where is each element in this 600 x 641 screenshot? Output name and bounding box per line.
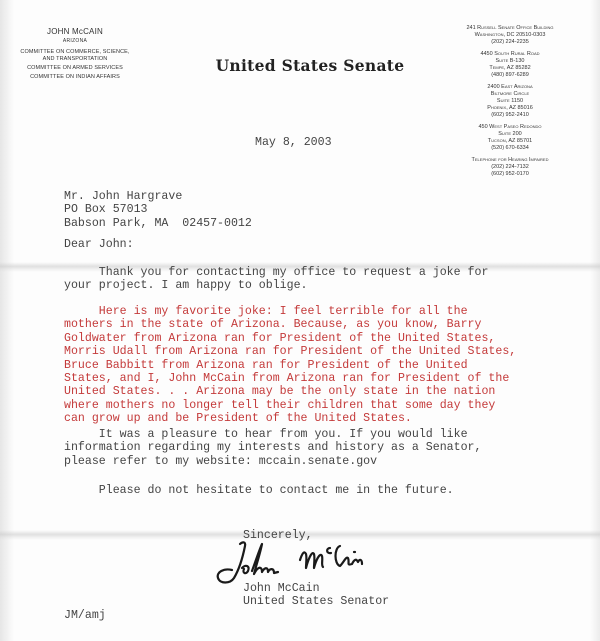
- letterhead-title: United States Senate: [200, 56, 420, 75]
- body-paragraph-closing: Please do not hesitate to contact me in …: [64, 484, 454, 497]
- address-line: Telephone for Hearing Impaired: [440, 157, 580, 164]
- address-line: 241 Russell Senate Office Building: [440, 25, 580, 32]
- recipient-city-state-zip: Babson Park, MA 02457-0012: [64, 217, 252, 230]
- letter-date: May 8, 2003: [255, 136, 332, 149]
- phone-number: (602) 952-0170: [440, 171, 580, 178]
- address-line: Phoenix, AZ 85016: [440, 105, 580, 112]
- office-address-washington: 241 Russell Senate Office Building Washi…: [440, 25, 580, 46]
- address-line: Tucson, AZ 85701: [440, 138, 580, 145]
- office-address-tucson: 450 West Paseo Redondo Suite 200 Tucson,…: [440, 124, 580, 152]
- committee: COMMITTEE ON ARMED SERVICES: [0, 65, 150, 72]
- address-line: 2400 East Arizona: [440, 84, 580, 91]
- address-line: Suite B-130: [440, 58, 580, 65]
- phone-number: (520) 670-6334: [440, 145, 580, 152]
- address-line: Tempe, AZ 85282: [440, 65, 580, 72]
- typist-initials: JM/amj: [64, 609, 106, 622]
- signer-block: John McCain United States Senator: [243, 582, 389, 609]
- page-edge-shadow-right: [590, 0, 600, 641]
- committee: COMMITTEE ON COMMERCE, SCIENCE, AND TRAN…: [20, 49, 130, 63]
- hearing-impaired-phones: Telephone for Hearing Impaired (202) 224…: [440, 157, 580, 178]
- signer-name: John McCain: [243, 582, 320, 595]
- salutation: Dear John:: [64, 238, 134, 251]
- letterhead-offices: 241 Russell Senate Office Building Washi…: [440, 25, 580, 183]
- phone-number: (602) 952-2410: [440, 112, 580, 119]
- handwritten-signature: John McCain: [212, 538, 372, 588]
- letterhead-left: JOHN McCAIN ARIZONA COMMITTEE ON COMMERC…: [0, 27, 150, 81]
- phone-number: (202) 224-7132: [440, 164, 580, 171]
- office-address-tempe: 4450 South Rural Road Suite B-130 Tempe,…: [440, 51, 580, 79]
- recipient-name: Mr. John Hargrave: [64, 190, 182, 203]
- body-paragraph-intro: Thank you for contacting my office to re…: [64, 266, 488, 293]
- recipient-address: Mr. John Hargrave PO Box 57013 Babson Pa…: [64, 190, 252, 230]
- address-line: Suite 1150: [440, 98, 580, 105]
- address-line: 4450 South Rural Road: [440, 51, 580, 58]
- address-line: Washington, DC 20510-0303: [440, 32, 580, 39]
- phone-number: (202) 224-2235: [440, 39, 580, 46]
- office-address-phoenix: 2400 East Arizona Biltmore Circle Suite …: [440, 84, 580, 119]
- body-paragraph-joke: Here is my favorite joke: I feel terribl…: [64, 305, 516, 426]
- address-line: Biltmore Circle: [440, 91, 580, 98]
- senator-state: ARIZONA: [0, 38, 150, 44]
- page-edge-shadow-left: [0, 0, 14, 641]
- signer-title: United States Senator: [243, 595, 389, 608]
- phone-number: (480) 897-6289: [440, 72, 580, 79]
- address-line: Suite 200: [440, 131, 580, 138]
- body-paragraph-website: It was a pleasure to hear from you. If y…: [64, 428, 481, 468]
- recipient-po-box: PO Box 57013: [64, 203, 148, 216]
- address-line: 450 West Paseo Redondo: [440, 124, 580, 131]
- committee: COMMITTEE ON INDIAN AFFAIRS: [0, 74, 150, 81]
- senator-name: JOHN McCAIN: [0, 27, 150, 36]
